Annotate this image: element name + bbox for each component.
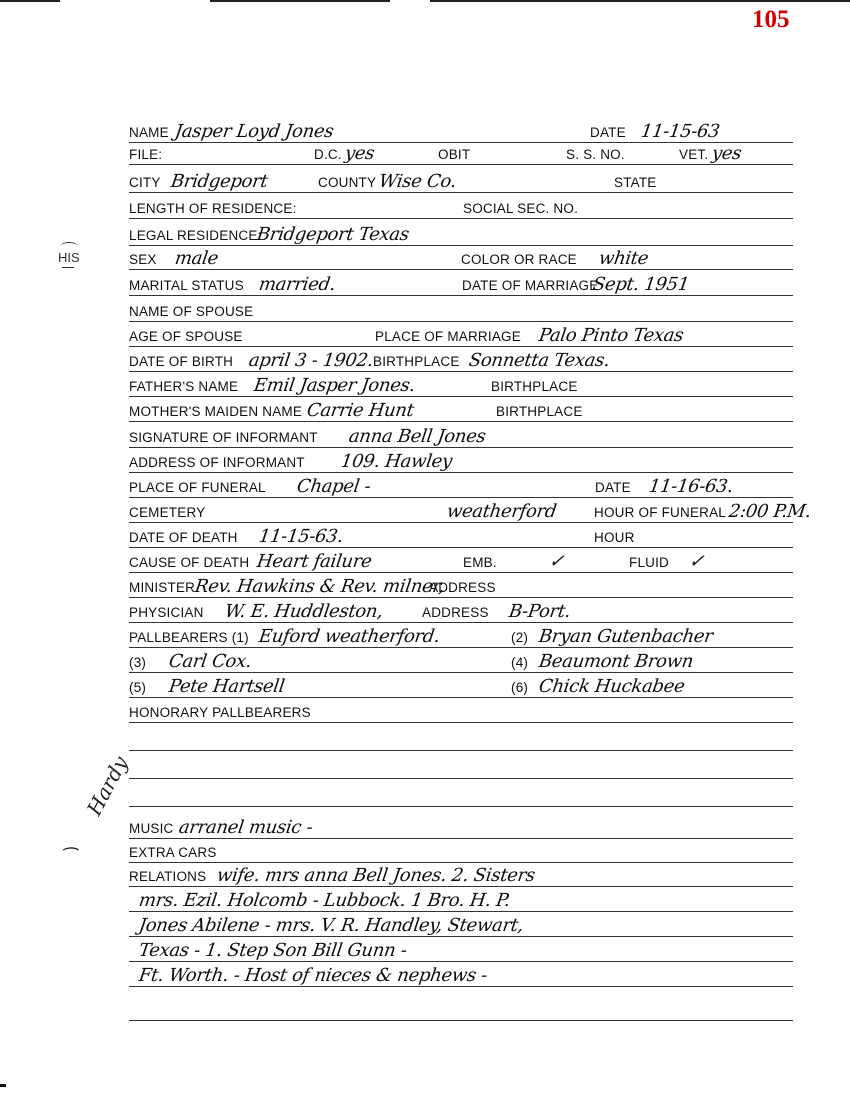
field-label: PALLBEARERS (1) [129,630,249,645]
blank-rule-line [129,778,793,779]
field-value[interactable]: ✓ [548,551,566,572]
field-value[interactable]: anna Bell Jones [348,426,487,447]
field-value[interactable]: W. E. Huddleston, [224,601,385,622]
form-row: FILE:D.C.yesOBITS. S. NO.VET.yes [129,142,793,165]
form-row: (3)Carl Cox.(4)Beaumont Brown [129,650,793,673]
field-value[interactable]: Carl Cox. [168,651,253,672]
field-value[interactable]: white [598,248,650,269]
field-label: NAME OF SPOUSE [129,304,253,319]
field-value[interactable]: Palo Pinto Texas [538,325,685,346]
form-row: DATE OF DEATH11-15-63.HOUR [129,525,793,548]
field-label: (4) [511,655,528,670]
field-value[interactable]: Chapel - [296,476,372,497]
field-value[interactable]: Beaumont Brown [538,651,695,672]
field-label: DATE [595,480,631,495]
field-label: HOUR OF FUNERAL [594,505,726,520]
field-value[interactable]: Rev. Hawkins & Rev. milner, [194,576,446,597]
field-label: LEGAL RESIDENCE: [129,228,262,243]
field-value[interactable]: 109. Hawley [340,451,454,472]
field-label: S. S. NO. [566,147,625,162]
field-value[interactable]: yes [711,143,743,164]
his-text: HIS [58,250,80,265]
arc-mark-icon [60,242,78,251]
field-value[interactable]: Euford weatherford. [258,626,442,647]
form-row: ADDRESS OF INFORMANT109. Hawley [129,450,793,473]
form-row: Texas - 1. Step Son Bill Gunn - [129,939,793,962]
form-row: Ft. Worth. - Host of nieces & nephews - [129,964,793,987]
field-label: CEMETERY [129,505,205,520]
field-label: SIGNATURE OF INFORMANT [129,430,318,445]
field-label: BIRTHPLACE [496,404,583,419]
blank-rule-line [129,750,793,751]
field-value[interactable]: 11-15-63. [258,526,345,547]
field-label: EXTRA CARS [129,845,217,860]
field-label: AGE OF SPOUSE [129,329,243,344]
form-row: SIGNATURE OF INFORMANTanna Bell Jones [129,425,793,448]
field-label: BIRTHPLACE [373,354,460,369]
form-row: PHYSICIANW. E. Huddleston,ADDRESSB-Port. [129,600,793,623]
field-label: COUNTY [318,175,376,190]
field-value[interactable]: Bridgeport Texas [256,224,411,245]
field-label: MOTHER'S MAIDEN NAME [129,404,302,419]
field-value[interactable]: male [174,248,220,269]
form-row: MARITAL STATUSmarried.DATE OF MARRIAGESe… [129,273,793,296]
field-label: D.C. [314,147,342,162]
field-label: FILE: [129,147,162,162]
field-value[interactable]: Carrie Hunt [306,400,416,421]
field-value[interactable]: Heart failure [256,551,373,572]
blank-rule-line [129,806,793,807]
field-label: (3) [129,655,146,670]
field-value[interactable]: Jones Abilene - mrs. V. R. Handley, Stew… [138,915,525,936]
underline-mark [62,267,74,268]
form-row: HONORARY PALLBEARERS [129,700,793,723]
form-row: MOTHER'S MAIDEN NAMECarrie HuntBIRTHPLAC… [129,399,793,422]
field-value[interactable]: Ft. Worth. - Host of nieces & nephews - [138,965,489,986]
field-label: RELATIONS [129,869,206,884]
form-row: NAME OF SPOUSE [129,299,793,322]
form-row: MINISTERRev. Hawkins & Rev. milner,ADDRE… [129,575,793,598]
form-row: MUSICarranel music - [129,816,793,839]
field-label: BIRTHPLACE [491,379,578,394]
form-row: CEMETERYweatherfordHOUR OF FUNERAL2:00 P… [129,500,793,523]
field-label: HONORARY PALLBEARERS [129,705,311,720]
field-value[interactable]: Chick Huckabee [538,676,686,697]
field-value[interactable]: Sonnetta Texas. [468,350,611,371]
field-value[interactable]: weatherford [446,501,558,522]
field-label: (2) [511,630,528,645]
field-value[interactable]: Bridgeport [170,171,269,192]
field-label: MINISTER [129,580,195,595]
field-value[interactable]: wife. mrs anna Bell Jones. 2. Sisters [216,865,537,886]
field-value[interactable]: Emil Jasper Jones. [253,375,417,396]
field-label: PLACE OF MARRIAGE [375,329,521,344]
field-label: SEX [129,252,157,267]
form-row: CITYBridgeportCOUNTYWise Co.STATE [129,170,793,193]
field-label: CAUSE OF DEATH [129,555,249,570]
field-label: PHYSICIAN [129,605,204,620]
field-label: DATE OF DEATH [129,530,238,545]
field-value[interactable]: Pete Hartsell [168,676,286,697]
margin-tilde-mark: ⁀ [60,848,74,869]
page-number: 105 [752,6,790,34]
form-row: FATHER'S NAMEEmil Jasper Jones.BIRTHPLAC… [129,374,793,397]
field-label: NAME [129,125,169,140]
field-label: (6) [511,680,528,695]
field-label: FATHER'S NAME [129,379,238,394]
field-label: CITY [129,175,161,190]
form-row: NAMEJasper Loyd JonesDATE11-15-63 [129,120,793,143]
scan-top-edge [0,0,850,3]
form-row: Jones Abilene - mrs. V. R. Handley, Stew… [129,914,793,937]
margin-note-hardy: Hardy [82,752,133,819]
field-value[interactable]: Jasper Loyd Jones [174,121,335,142]
field-label: MARITAL STATUS [129,278,244,293]
margin-note-his: HIS [58,250,80,265]
field-value[interactable]: Wise Co. [378,171,458,192]
field-label: FLUID [629,555,669,570]
form-row: AGE OF SPOUSEPLACE OF MARRIAGEPalo Pinto… [129,324,793,347]
field-value[interactable]: Sept. 1951 [592,274,691,295]
field-label: DATE OF MARRIAGE [462,278,598,293]
field-label: DATE [590,125,626,140]
form-row: EXTRA CARS [129,840,793,863]
field-value[interactable]: arranel music - [178,817,314,838]
field-value[interactable]: B-Port. [508,601,572,622]
form-row: CAUSE OF DEATHHeart failureEMB.✓FLUID✓ [129,550,793,573]
blank-rule-line [129,1020,793,1021]
field-label: PLACE OF FUNERAL [129,480,266,495]
field-label: STATE [614,175,657,190]
field-label: SOCIAL SEC. NO. [463,201,578,216]
form-row: PALLBEARERS (1)Euford weatherford.(2)Bry… [129,625,793,648]
field-value[interactable]: 11-15-63 [640,121,721,142]
field-label: ADDRESS [429,580,496,595]
field-value[interactable]: yes [344,143,376,164]
form-row: PLACE OF FUNERALChapel -DATE11-16-63. [129,475,793,498]
scan-corner-mark [0,1084,6,1087]
form-row: SEXmaleCOLOR OR RACEwhite [129,247,793,270]
field-value[interactable]: 2:00 P.M. [728,501,813,522]
form-row: LENGTH OF RESIDENCE:SOCIAL SEC. NO. [129,196,793,219]
field-label: VET. [679,147,708,162]
field-value[interactable]: 11-16-63. [648,476,735,497]
field-label: MUSIC [129,821,174,836]
field-label: ADDRESS OF INFORMANT [129,455,305,470]
form-row: (5)Pete Hartsell(6)Chick Huckabee [129,675,793,698]
field-label: DATE OF BIRTH [129,354,233,369]
form-row: mrs. Ezil. Holcomb - Lubbock. 1 Bro. H. … [129,889,793,912]
field-label: ADDRESS [422,605,489,620]
form-row: LEGAL RESIDENCE:Bridgeport Texas [129,223,793,246]
field-value[interactable]: ✓ [688,551,706,572]
field-value[interactable]: married. [258,274,337,295]
field-value[interactable]: Bryan Gutenbacher [538,626,715,647]
field-label: HOUR [594,530,635,545]
form-row: DATE OF BIRTHapril 3 - 1902.BIRTHPLACESo… [129,349,793,372]
field-value[interactable]: mrs. Ezil. Holcomb - Lubbock. 1 Bro. H. … [138,890,512,911]
field-value[interactable]: Texas - 1. Step Son Bill Gunn - [138,940,409,961]
field-value[interactable]: april 3 - 1902. [248,350,375,371]
field-label: EMB. [463,555,497,570]
field-label: OBIT [438,147,470,162]
field-label: (5) [129,680,146,695]
field-label: LENGTH OF RESIDENCE: [129,201,297,216]
form-row: RELATIONSwife. mrs anna Bell Jones. 2. S… [129,864,793,887]
field-label: COLOR OR RACE [461,252,577,267]
